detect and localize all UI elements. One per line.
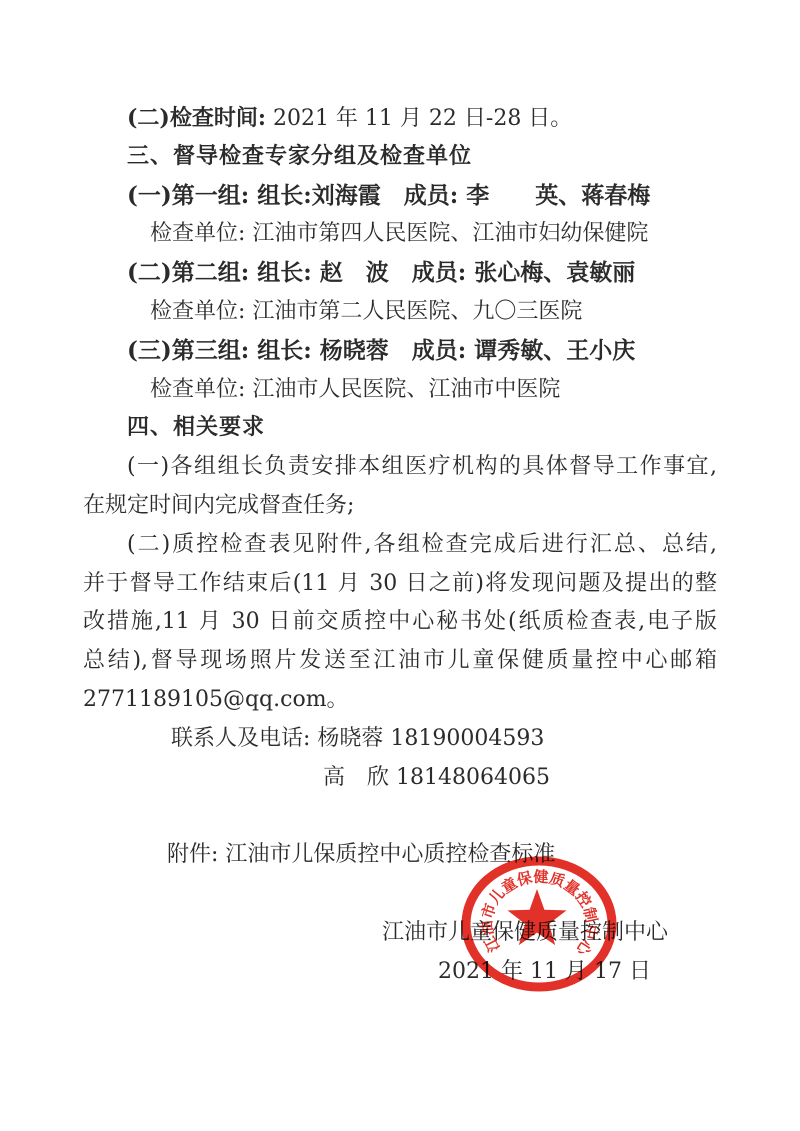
document-body: (二)检查时间: 2021 年 11 月 22 日-28 日。 三、督导检查专家… — [83, 99, 717, 991]
group3-units: 检查单位: 江油市人民医院、江油市中医院 — [83, 371, 717, 410]
signature-date-line: 2021 年 11 月 17 日 — [83, 953, 717, 992]
group3-title: (三)第三组: 组长: 杨晓蓉 成员: 谭秀敏、王小庆 — [83, 332, 717, 371]
requirement2-line4: 总结),督导现场照片发送至江油市儿童保健质量控中心邮箱 — [83, 642, 717, 681]
requirement2-email-line: 2771189105@qq.com。 — [83, 681, 717, 720]
group2-title: (二)第二组: 组长: 赵 波 成员: 张心梅、袁敏丽 — [83, 254, 717, 293]
requirement2-line1: (二)质控检查表见附件,各组检查完成后进行汇总、总结, — [83, 526, 717, 565]
group1-units: 检查单位: 江油市第四人民医院、江油市妇幼保健院 — [83, 215, 717, 254]
document-page: (二)检查时间: 2021 年 11 月 22 日-28 日。 三、督导检查专家… — [0, 0, 800, 1131]
requirement1-line1: (一)各组组长负责安排本组医疗机构的具体督导工作事宜, — [83, 448, 717, 487]
signature-org-line: 江油市儿童保健质量控制中心 — [83, 914, 717, 953]
attachment-line: 附件: 江油市儿保质控中心质控检查标准 — [83, 836, 717, 875]
requirement2-line3: 改措施,11 月 30 日前交质控中心秘书处(纸质检查表,电子版 — [83, 603, 717, 642]
inspection-time-label: (二)检查时间: — [127, 105, 266, 131]
contact-line-1: 联系人及电话: 杨晓蓉 18190004593 — [83, 720, 717, 759]
section4-heading: 四、相关要求 — [83, 409, 717, 448]
inspection-time-value: 2021 年 11 月 22 日-28 日。 — [266, 106, 572, 131]
contact-line-2: 高 欣 18148064065 — [83, 759, 717, 798]
requirement1-line2: 在规定时间内完成督查任务; — [83, 487, 717, 526]
group1-title: (一)第一组: 组长:刘海霞 成员: 李 英、蒋春梅 — [83, 177, 717, 216]
requirement2-line2: 并于督导工作结束后(11 月 30 日之前)将发现问题及提出的整 — [83, 565, 717, 604]
blank-line — [83, 875, 717, 914]
section3-heading: 三、督导检查专家分组及检查单位 — [83, 138, 717, 177]
inspection-time-line: (二)检查时间: 2021 年 11 月 22 日-28 日。 — [83, 99, 717, 138]
blank-line — [83, 797, 717, 836]
group2-units: 检查单位: 江油市第二人民医院、九〇三医院 — [83, 293, 717, 332]
